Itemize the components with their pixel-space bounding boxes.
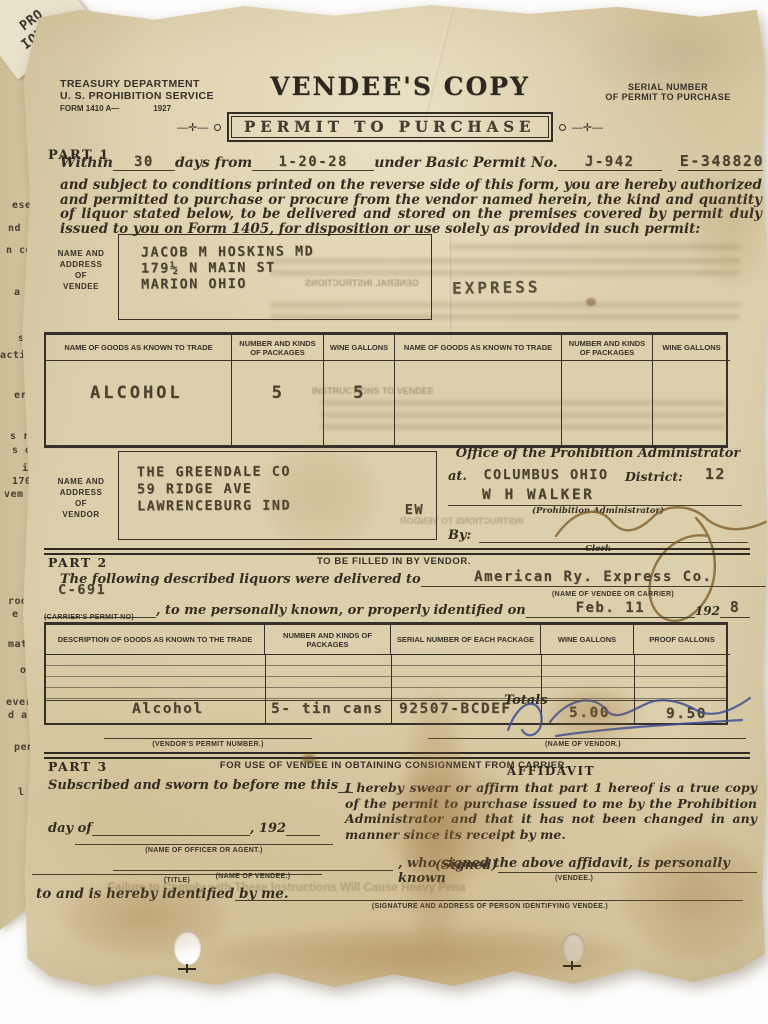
ink-spot <box>586 298 596 306</box>
vendee-address-box: JACOB M HOSKINS MD 179½ N MAIN ST MARION… <box>118 234 432 320</box>
vendee-label-line: NAME AND <box>44 248 118 259</box>
date-value: 1-20-28 <box>278 154 348 170</box>
vendor-label: NAME AND ADDRESS OF VENDOR <box>44 476 118 520</box>
year-prefix: , 192 <box>250 821 286 836</box>
punch-hole <box>174 931 201 965</box>
district-value: 12 <box>705 465 726 483</box>
table-column-rule <box>634 655 635 723</box>
table-column-rule <box>541 655 542 723</box>
vendee-label-line: OF <box>44 270 118 281</box>
banner-right-ornament-icon: —✛— <box>572 121 603 134</box>
punch-hole <box>562 933 585 963</box>
agency-block: TREASURY DEPARTMENT U. S. PROHIBITION SE… <box>60 78 214 113</box>
vendee-name: JACOB M HOSKINS MD <box>141 243 314 260</box>
administrator-name-stamp: W H WALKER <box>482 487 748 503</box>
by-label: By: <box>448 528 471 543</box>
delivery-description: Alcohol <box>46 701 265 723</box>
vendor-name-line <box>428 738 746 739</box>
identify-signature-line <box>235 900 743 901</box>
goods-cell: ALCOHOL <box>46 361 232 445</box>
vendor-addr2: LAWRENCEBURG IND <box>137 498 291 516</box>
express-stamp: EXPRESS <box>452 277 541 298</box>
vendor-address-box: THE GREENDALE CO 59 RIDGE AVE LAWRENCEBU… <box>118 451 437 540</box>
delivery-proof-gallons: 9.50 <box>634 706 730 728</box>
serial-number-field: E-348820 <box>678 152 766 171</box>
goods-col-header: WINE GALLONS <box>653 335 730 361</box>
serial-number-value: E-348820 <box>680 152 764 170</box>
hole-mark <box>178 964 196 973</box>
section-divider <box>44 548 750 555</box>
section-divider <box>44 752 750 759</box>
vendee-stamp: JACOB M HOSKINS MD 179½ N MAIN ST MARION… <box>141 243 315 292</box>
district-value-field: 12 <box>683 465 748 484</box>
totals-handwriting: Totals <box>504 693 548 708</box>
affidavit-text: I hereby swear or affirm that part 1 her… <box>345 780 757 842</box>
date-field: 1-20-28 <box>252 154 374 171</box>
office-line: Office of the Prohibition Administrator <box>448 446 748 461</box>
identify-caption: (SIGNATURE AND ADDRESS OF PERSON IDENTIF… <box>320 903 660 910</box>
table-column-rule <box>265 655 266 723</box>
vendor-label-line: VENDOR <box>44 509 118 520</box>
sworn-month-field <box>92 817 250 836</box>
delivery-col-header: WINE GALLONS <box>541 625 634 655</box>
sworn-line1: Subscribed and sworn to before me this <box>48 778 338 793</box>
delivery-col-header: NUMBER AND KINDS OF PACKAGES <box>265 625 391 655</box>
vendor-name-caption: (NAME OF VENDOR.) <box>488 741 678 748</box>
vendor-addr1: 59 RIDGE AVE <box>137 481 291 499</box>
agency-line2: U. S. PROHIBITION SERVICE <box>60 90 214 102</box>
vendee-label-line: VENDEE <box>44 281 118 292</box>
goods-col-header: WINE GALLONS <box>324 335 395 361</box>
year-digit-value: 8 <box>730 598 741 616</box>
delivery-col-header: PROOF GALLONS <box>634 625 730 655</box>
scanned-document-photo: ······· tre O esent nd a n co a to such … <box>0 0 768 1024</box>
vendor-permit-caption: (VENDOR'S PERMIT NUMBER.) <box>104 741 312 748</box>
officer-line <box>75 844 333 845</box>
carrier-name-field: American Ry. Express Co. <box>421 568 766 587</box>
sworn-year-field <box>286 817 320 836</box>
name-of-vendee-line <box>113 870 393 871</box>
at-label: at. <box>448 469 467 484</box>
delivery-table-blank-rows <box>46 655 726 701</box>
banner-left-ornament-icon: —✛— <box>177 121 208 134</box>
sworn-line2: day of <box>48 821 92 836</box>
identified-text: , to me personally known, or properly id… <box>156 603 526 618</box>
name-of-vendee-caption: (NAME OF VENDEE.) <box>113 873 393 880</box>
bleed-line <box>450 244 740 250</box>
vendee-addr2: MARION OHIO <box>141 275 314 292</box>
year-digit-field: 8 <box>720 598 750 618</box>
vendor-name: THE GREENDALE CO <box>137 464 291 482</box>
year-prefix: 192 <box>695 604 720 618</box>
carrier-name-value: American Ry. Express Co. <box>474 569 712 585</box>
copy-title: VENDEE'S COPY <box>240 72 560 101</box>
bleed-line <box>320 412 728 418</box>
scroll-ornament-icon <box>559 124 566 131</box>
identified-date-field: Feb. 11 <box>526 599 695 618</box>
delivered-row: The following described liquors were del… <box>60 568 766 587</box>
banner-outer-border: PERMIT TO PURCHASE <box>227 112 552 142</box>
part2-heading: TO BE FILLED IN BY VENDOR. <box>20 556 768 567</box>
scroll-ornament-icon <box>214 124 221 131</box>
part1-paragraph: and subject to conditions printed on the… <box>60 178 762 236</box>
bleed-line <box>320 400 728 406</box>
delivery-col-header: DESCRIPTION OF GOODS AS KNOWN TO THE TRA… <box>46 625 265 655</box>
serial-label-block: SERIAL NUMBER OF PERMIT TO PURCHASE <box>578 82 758 102</box>
permit-sheet-wrap: TREASURY DEPARTMENT U. S. PROHIBITION SE… <box>0 0 768 1024</box>
delivery-table-data-row: Alcohol 5- tin cans 92507-BCDEF 5.00 9.5… <box>46 701 726 723</box>
basic-permit-label: under Basic Permit No. <box>374 155 557 171</box>
goods-col-header: NAME OF GOODS AS KNOWN TO TRADE <box>46 335 232 361</box>
administrator-caption: (Prohibition Administrator) <box>448 506 748 516</box>
part1-fill-row: Within 30 days from 1-20-28 under Basic … <box>60 152 766 171</box>
delivered-prefix: The following described liquors were del… <box>60 572 421 587</box>
serial-label-line1: SERIAL NUMBER <box>578 82 758 92</box>
delivery-table: DESCRIPTION OF GOODS AS KNOWN TO THE TRA… <box>44 622 728 725</box>
basic-permit-field: J-942 <box>558 154 662 171</box>
within-word: Within <box>60 155 113 171</box>
carrier-name-caption: (NAME OF VENDEE OR CARRIER) <box>498 591 728 598</box>
district-label: District: <box>625 469 683 484</box>
days-value-field: 30 <box>113 154 175 171</box>
goods-col-header: NUMBER AND KINDS OF PACKAGES <box>232 335 324 361</box>
bleed-instructions-to-vendee: INSTRUCTIONS TO VENDEE <box>312 386 434 396</box>
carrier-permit-value: C-691 <box>58 582 106 598</box>
goods-col-header: NAME OF GOODS AS KNOWN TO TRADE <box>395 335 562 361</box>
goods-cell: 5 <box>232 361 324 445</box>
goods-packages-value: 5 <box>272 383 284 403</box>
vendor-label-line: ADDRESS <box>44 487 118 498</box>
vendor-label-line: NAME AND <box>44 476 118 487</box>
form-number: FORM 1410 A— <box>60 104 119 113</box>
banner-row: —✛— PERMIT TO PURCHASE —✛— <box>150 112 630 142</box>
at-value-field: COLUMBUS OHIO <box>467 466 625 484</box>
table-column-rule <box>391 655 392 723</box>
goods-name-value: ALCOHOL <box>90 383 183 403</box>
vendee-label-line: ADDRESS <box>44 259 118 270</box>
identified-date-value: Feb. 11 <box>576 600 646 616</box>
bleed-line <box>320 424 728 430</box>
delivery-col-header: SERIAL NUMBER OF EACH PACKAGE <box>391 625 541 655</box>
carrier-permit-caption: (CARRIER'S PERMIT NO) <box>44 614 134 621</box>
goods-col-header: NUMBER AND KINDS OF PACKAGES <box>562 335 653 361</box>
basic-permit-value: J-942 <box>585 154 635 170</box>
days-from-word: days from <box>175 155 252 171</box>
notary-block: Subscribed and sworn to before me this d… <box>48 774 353 836</box>
affidavit-heading: AFFIDAVIT <box>345 764 757 778</box>
banner-title: PERMIT TO PURCHASE <box>231 116 548 138</box>
serial-label-line2: OF PERMIT TO PURCHASE <box>578 92 758 102</box>
vendor-stamp: THE GREENDALE CO 59 RIDGE AVE LAWRENCEBU… <box>137 464 291 516</box>
ink-spot <box>302 754 316 764</box>
agency-line1: TREASURY DEPARTMENT <box>60 78 214 90</box>
clerk-signature-field <box>479 524 748 543</box>
vendor-label-line: OF <box>44 498 118 509</box>
officer-caption: (NAME OF OFFICER OR AGENT.) <box>75 847 333 854</box>
delivery-packages: 5- tin cans <box>265 701 391 723</box>
identified-row: , to me personally known, or properly id… <box>44 598 750 618</box>
permit-form-sheet: TREASURY DEPARTMENT U. S. PROHIBITION SE… <box>20 2 768 988</box>
delivery-table-header: DESCRIPTION OF GOODS AS KNOWN TO THE TRA… <box>46 625 726 655</box>
vendee-addr1: 179½ N MAIN ST <box>141 259 314 276</box>
delivery-wine-gallons: 5.00 <box>541 705 634 727</box>
at-value: COLUMBUS OHIO <box>483 467 608 483</box>
administrator-block: Office of the Prohibition Administrator … <box>448 446 748 554</box>
hole-mark <box>563 961 581 970</box>
vendee-label: NAME AND ADDRESS OF VENDEE <box>44 248 118 292</box>
vendor-permit-line <box>104 738 312 739</box>
days-value: 30 <box>134 154 154 170</box>
